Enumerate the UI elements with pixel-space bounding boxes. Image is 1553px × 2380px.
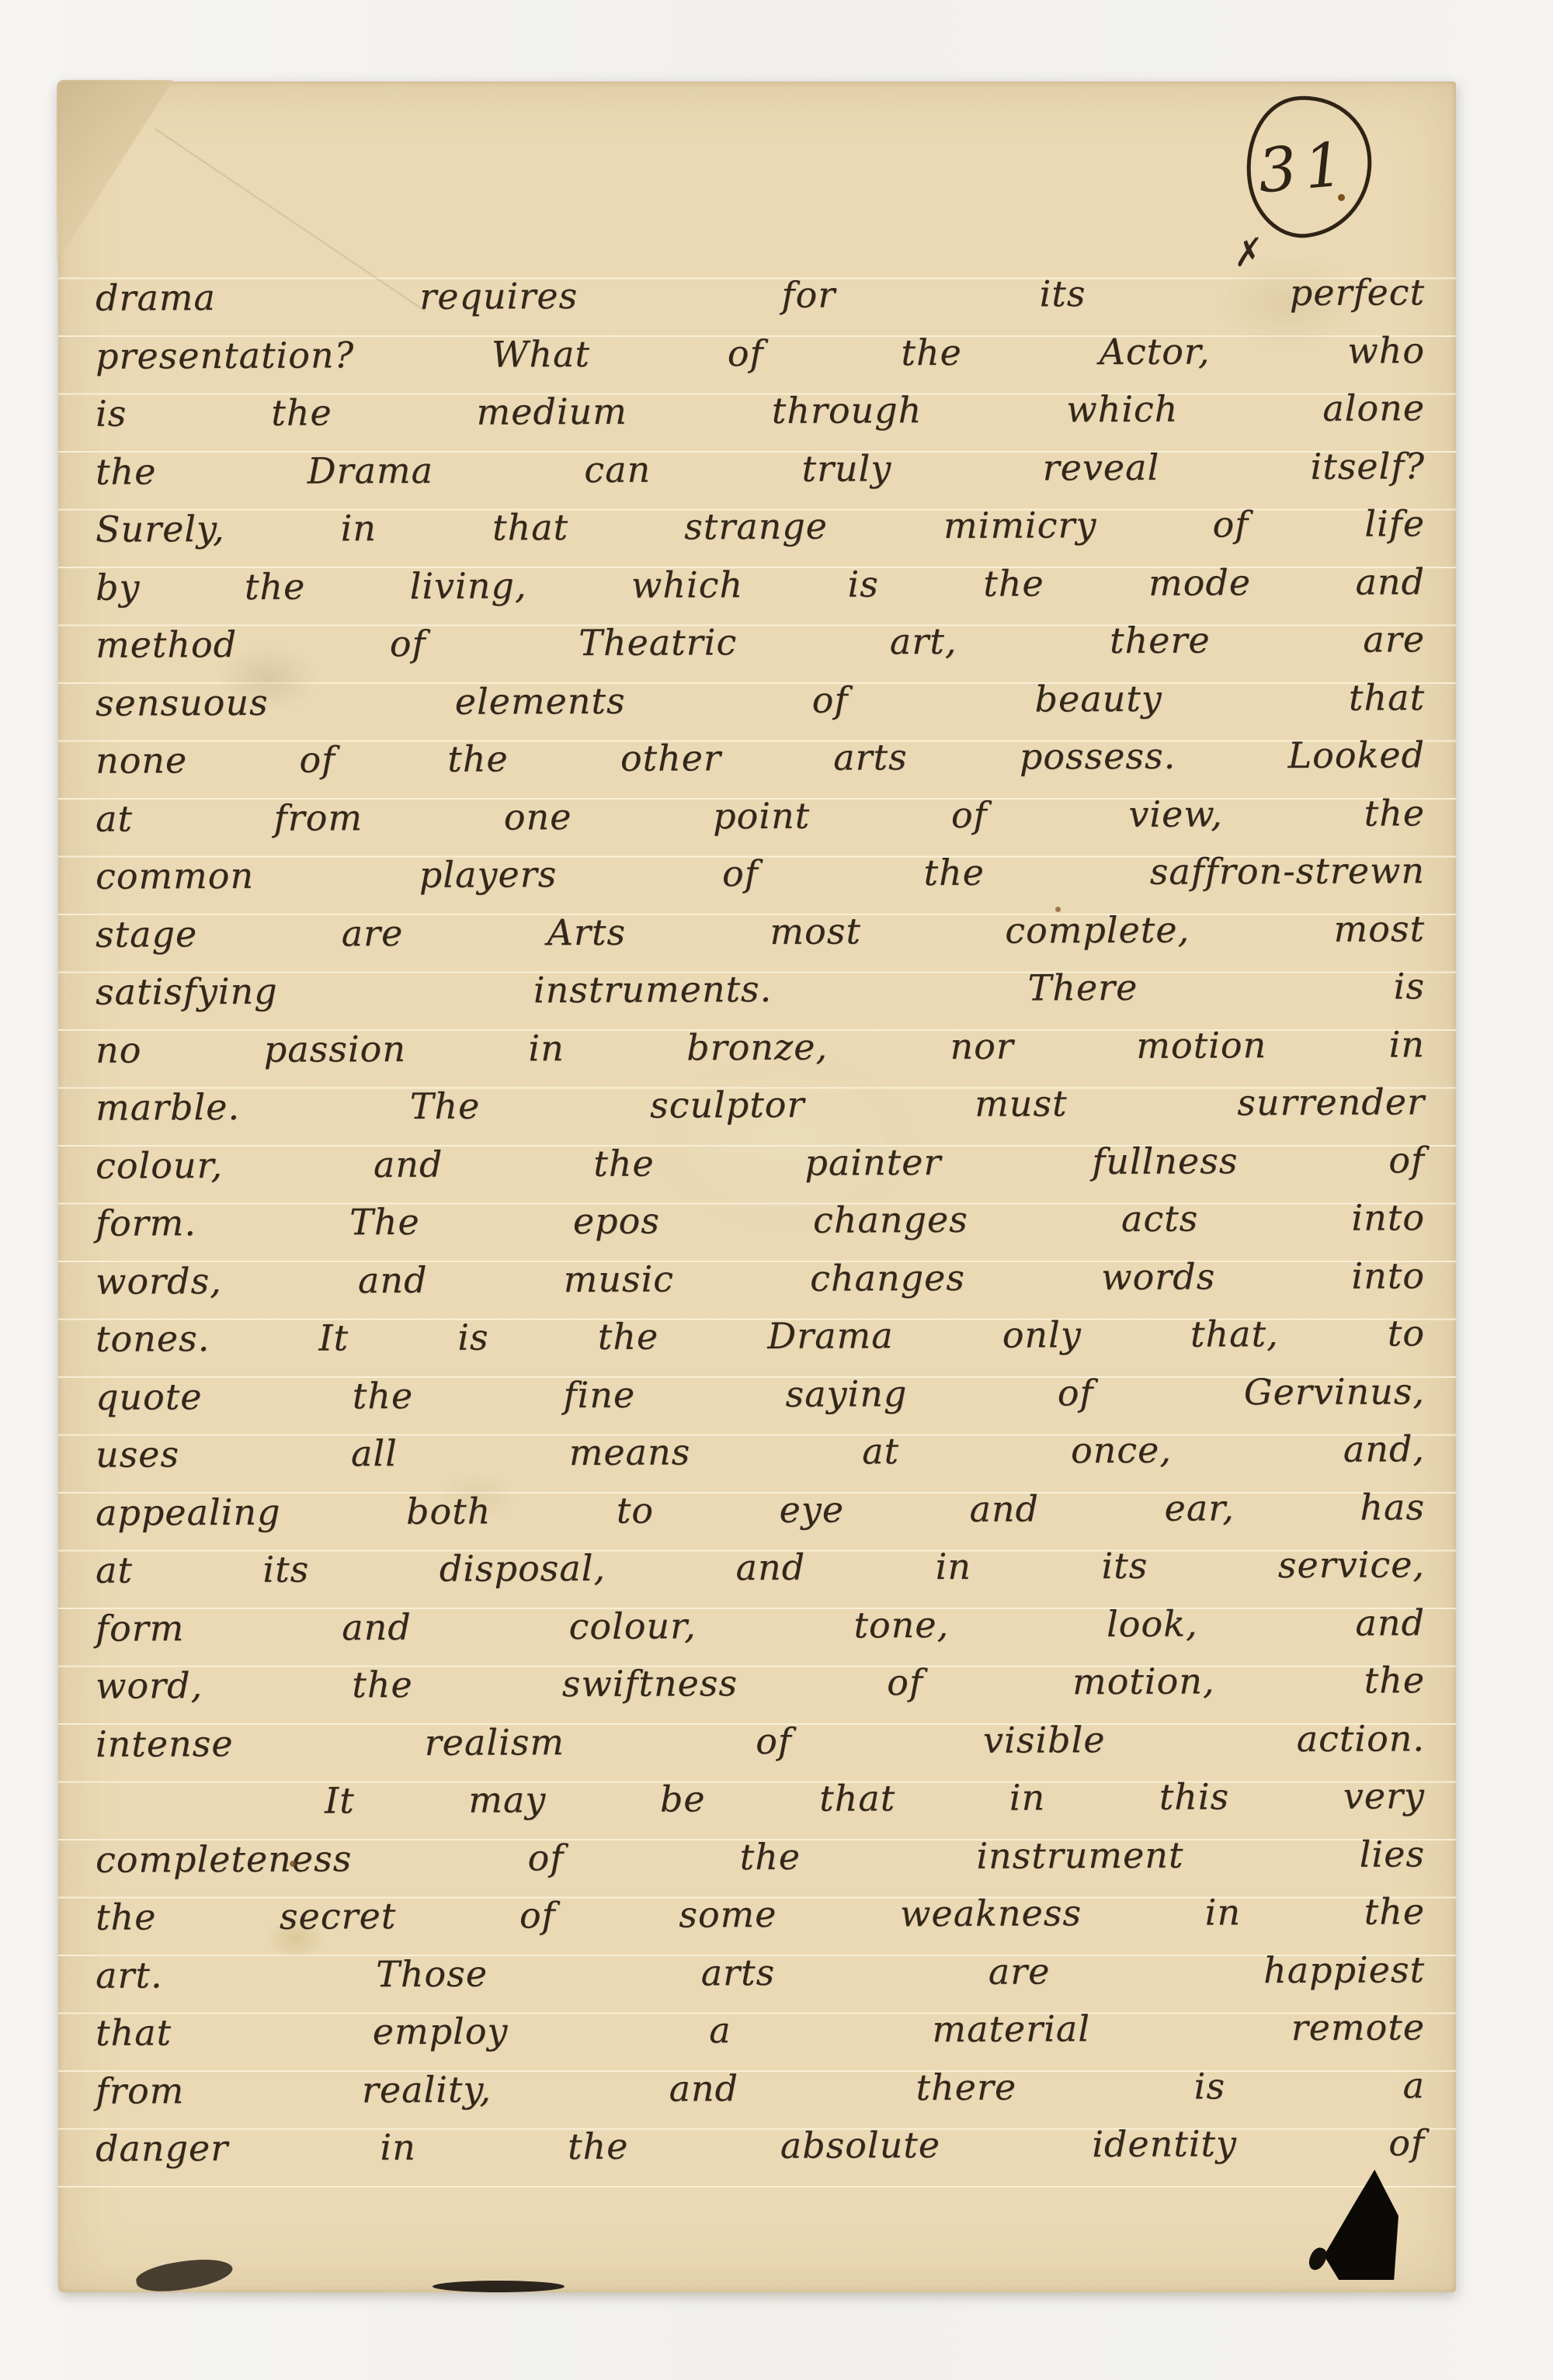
manuscript-line: is the medium through which alone [96,379,1425,442]
manuscript-line: completeness of the instrument lies [96,1825,1425,1889]
manuscript-line: drama requires for its perfect [96,263,1425,327]
manuscript-line: art. Those arts are happiest [96,1941,1425,2004]
paper-speck [290,1861,296,1867]
scan-background: 31 ✗ drama requires for its perfectprese… [0,0,1553,2380]
manuscript-line: appealing both to eye and ear, has [96,1478,1425,1542]
manuscript-line: marble. The sculptor must surrender [96,1073,1425,1136]
manuscript-line: uses all means at once, and, [96,1420,1425,1483]
manuscript-line: the Drama can truly reveal itself? [96,437,1425,501]
manuscript-line: common players of the saffron-strewn [96,841,1425,905]
manuscript-line: method of Theatric art, there are [96,610,1425,674]
manuscript-page: 31 ✗ drama requires for its perfectprese… [58,82,1456,2292]
paper-speck [1055,907,1061,912]
manuscript-line: stage are Arts most complete, most [96,900,1425,963]
ink-blot [1324,2170,1398,2280]
manuscript-line: danger in the absolute identity of [96,2114,1425,2177]
manuscript-line: tones. It is the Drama only that, to [96,1304,1425,1368]
manuscript-line: no passion in bronze, nor motion in [96,1015,1425,1079]
manuscript-lines: drama requires for its perfectpresentati… [96,266,1425,2175]
ink-blot-dot [1306,2245,1329,2272]
manuscript-line: at its disposal, and in its service, [96,1535,1425,1599]
manuscript-line: quote the fine saying of Gervinus, [96,1362,1425,1426]
ink-smudge [134,2253,235,2296]
manuscript-line: satisfying instruments. There is [96,957,1425,1021]
manuscript-line: at from one point of view, the [96,784,1425,848]
manuscript-line: It may be that in this very [96,1767,1425,1830]
manuscript-line: presentation? What of the Actor, who [96,321,1425,385]
manuscript-line: form. The epos changes acts into [96,1188,1425,1252]
page-number-badge: 31 [1239,88,1381,244]
manuscript-line: from reality, and there is a [96,2056,1425,2120]
manuscript-line: words, and music changes words into [96,1247,1425,1310]
manuscript-line: intense realism of visible action. [96,1709,1425,1773]
manuscript-line: colour, and the painter fullness of [96,1131,1425,1195]
manuscript-line: form and colour, tone, look, and [96,1594,1425,1657]
manuscript-line: that employ a material remote [96,1998,1425,2062]
paper-speck [1338,194,1345,201]
manuscript-line: the secret of some weakness in the [96,1882,1425,1946]
manuscript-line: Surely, in that strange mimicry of life [96,494,1425,558]
ink-smudge [433,2281,565,2292]
manuscript-line: by the living, which is the mode and [96,553,1425,616]
manuscript-line: word, the swiftness of motion, the [96,1651,1425,1715]
manuscript-line: sensuous elements of beauty that [96,668,1425,732]
corner-fold [57,80,173,262]
manuscript-line: none of the other arts possess. Looked [96,726,1425,789]
